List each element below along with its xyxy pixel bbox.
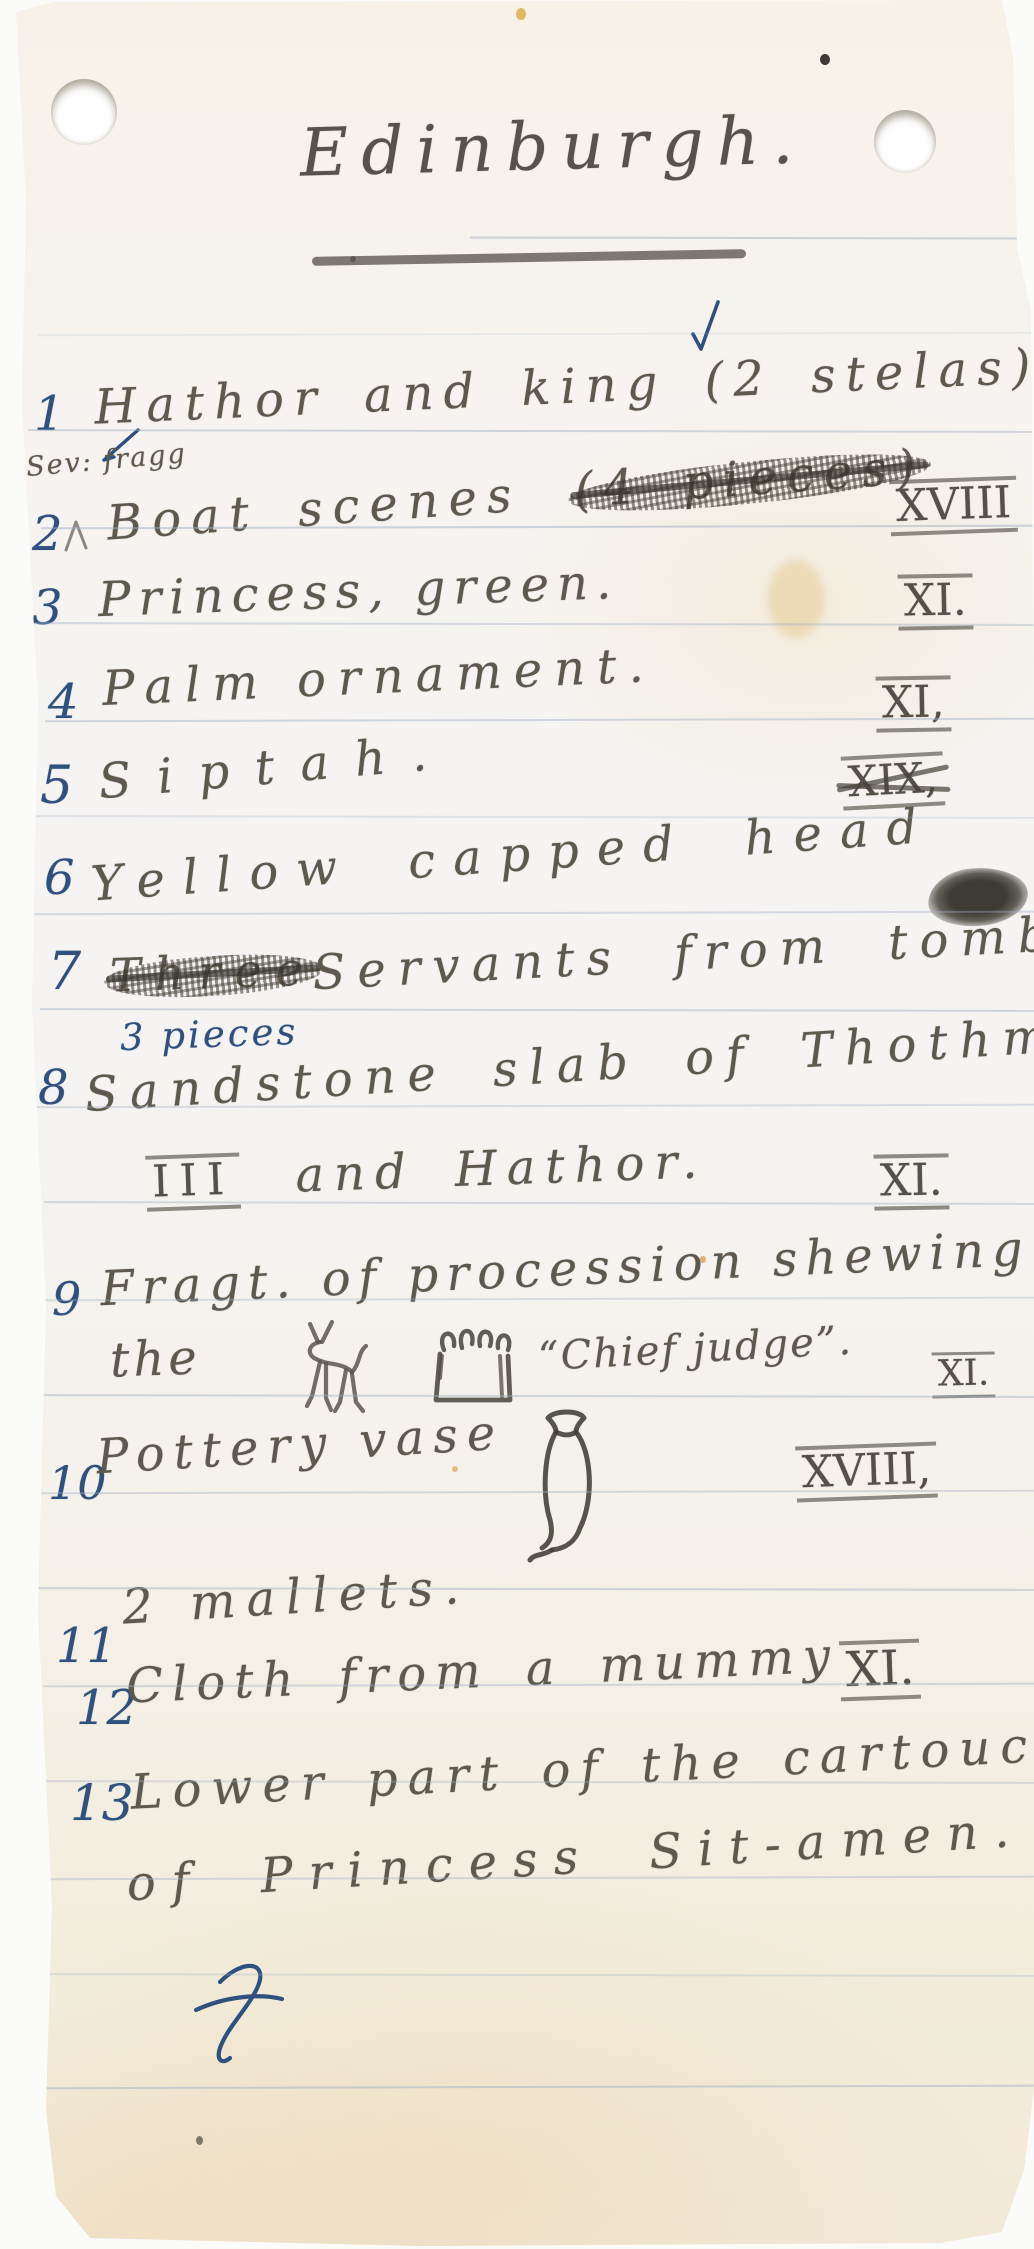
title-underline xyxy=(312,249,746,266)
item-8-line2: III and Hathor. xyxy=(145,1136,708,1212)
item-text-2: Boat scenes (4 pieces) xyxy=(105,441,927,548)
scanned-notebook-page: Edinburgh. 1 Hathor and king (2 stelas) … xyxy=(0,0,1034,2249)
plate-number-item-10: XVIII, xyxy=(795,1442,938,1503)
item-number-3: 3 xyxy=(32,580,63,636)
item-2-annotation: Sev: fragg xyxy=(25,440,188,482)
item-text-5: Siptah. xyxy=(96,727,454,808)
blue-ink-flourish xyxy=(182,1952,314,2074)
punch-hole-right xyxy=(874,110,936,173)
item-number-2: 2 xyxy=(32,506,63,562)
plate-XVIII: XVIII xyxy=(889,476,1018,536)
item-8-line2-text: and Hathor. xyxy=(294,1133,708,1203)
ruled-line xyxy=(32,622,1034,626)
item-number-11: 11 xyxy=(56,1618,117,1674)
plate-XI: XI. xyxy=(932,1351,996,1398)
item-9-line2-pre: the xyxy=(109,1332,201,1386)
item-number-6: 6 xyxy=(44,850,75,906)
plate-XI: XI. xyxy=(898,573,974,630)
blue-check-mark-icon xyxy=(688,296,724,356)
paper-speck xyxy=(516,8,526,20)
plate-number-item-9: XI. xyxy=(932,1351,996,1398)
item-number-5: 5 xyxy=(40,756,73,816)
plate-number-item-4: XI, xyxy=(876,675,952,732)
paper-sheet: Edinburgh. 1 Hathor and king (2 stelas) … xyxy=(0,0,1034,2249)
paper-speck xyxy=(196,2136,203,2145)
pottery-vase-sketch xyxy=(518,1408,618,1568)
plate-number-item-3: XI. xyxy=(898,573,974,630)
item-text-12: Cloth from a mummy xyxy=(125,1630,840,1711)
item-text-1: Hathor and king (2 stelas) xyxy=(93,341,1034,433)
item-text-11: 2 mallets. xyxy=(121,1561,472,1633)
item-2-text-kept: Boat scenes xyxy=(105,467,523,552)
ruled-line xyxy=(470,237,1034,240)
seal-hieroglyph-sketch xyxy=(420,1320,534,1414)
item-13-line2: of Princess Sit-amen. xyxy=(125,1805,1026,1910)
item-text-13: Lower part of the cartouche xyxy=(129,1716,1034,1818)
page-title: Edinburgh. xyxy=(299,105,807,188)
item-text-9: Fragt. of procession shewing xyxy=(99,1224,1031,1315)
item-9-line2-post: “Chief judge”. xyxy=(537,1320,854,1378)
paper-speck xyxy=(452,1466,458,1472)
item-text-3: Princess, green. xyxy=(97,557,620,626)
ruled-line xyxy=(29,2085,1034,2090)
plate-XVIII: XVIII, xyxy=(795,1442,938,1503)
item-7-annotation: 3 pieces xyxy=(119,1013,299,1058)
ruled-line xyxy=(40,1008,1034,1012)
paper-stain xyxy=(768,560,824,638)
item-number-1: 1 xyxy=(34,386,65,442)
item-number-13: 13 xyxy=(70,1774,134,1832)
plate-XI: XI, xyxy=(876,675,952,732)
item-text-10: Pottery vase xyxy=(95,1408,506,1483)
ruled-line xyxy=(36,815,1034,819)
item-7-struck-text: Three xyxy=(109,944,317,999)
plate-XI: XI. xyxy=(839,1639,921,1702)
item-2-struck-text: (4 pieces) xyxy=(573,441,927,516)
item-number-7: 7 xyxy=(48,942,81,1002)
ruled-line xyxy=(37,332,1034,337)
pencil-caret-mark xyxy=(62,516,90,554)
paper-speck xyxy=(820,54,830,65)
item-text-4: Palm ornament. xyxy=(101,640,656,714)
ruled-line xyxy=(28,429,1034,433)
punch-hole-left xyxy=(51,79,117,145)
plate-number-item-12: XI. xyxy=(839,1639,921,1702)
animal-hieroglyph-sketch xyxy=(280,1318,380,1422)
item-text-7: Servants from tomb. xyxy=(311,908,1034,999)
plate-number-item-2: XVIII xyxy=(889,476,1018,536)
